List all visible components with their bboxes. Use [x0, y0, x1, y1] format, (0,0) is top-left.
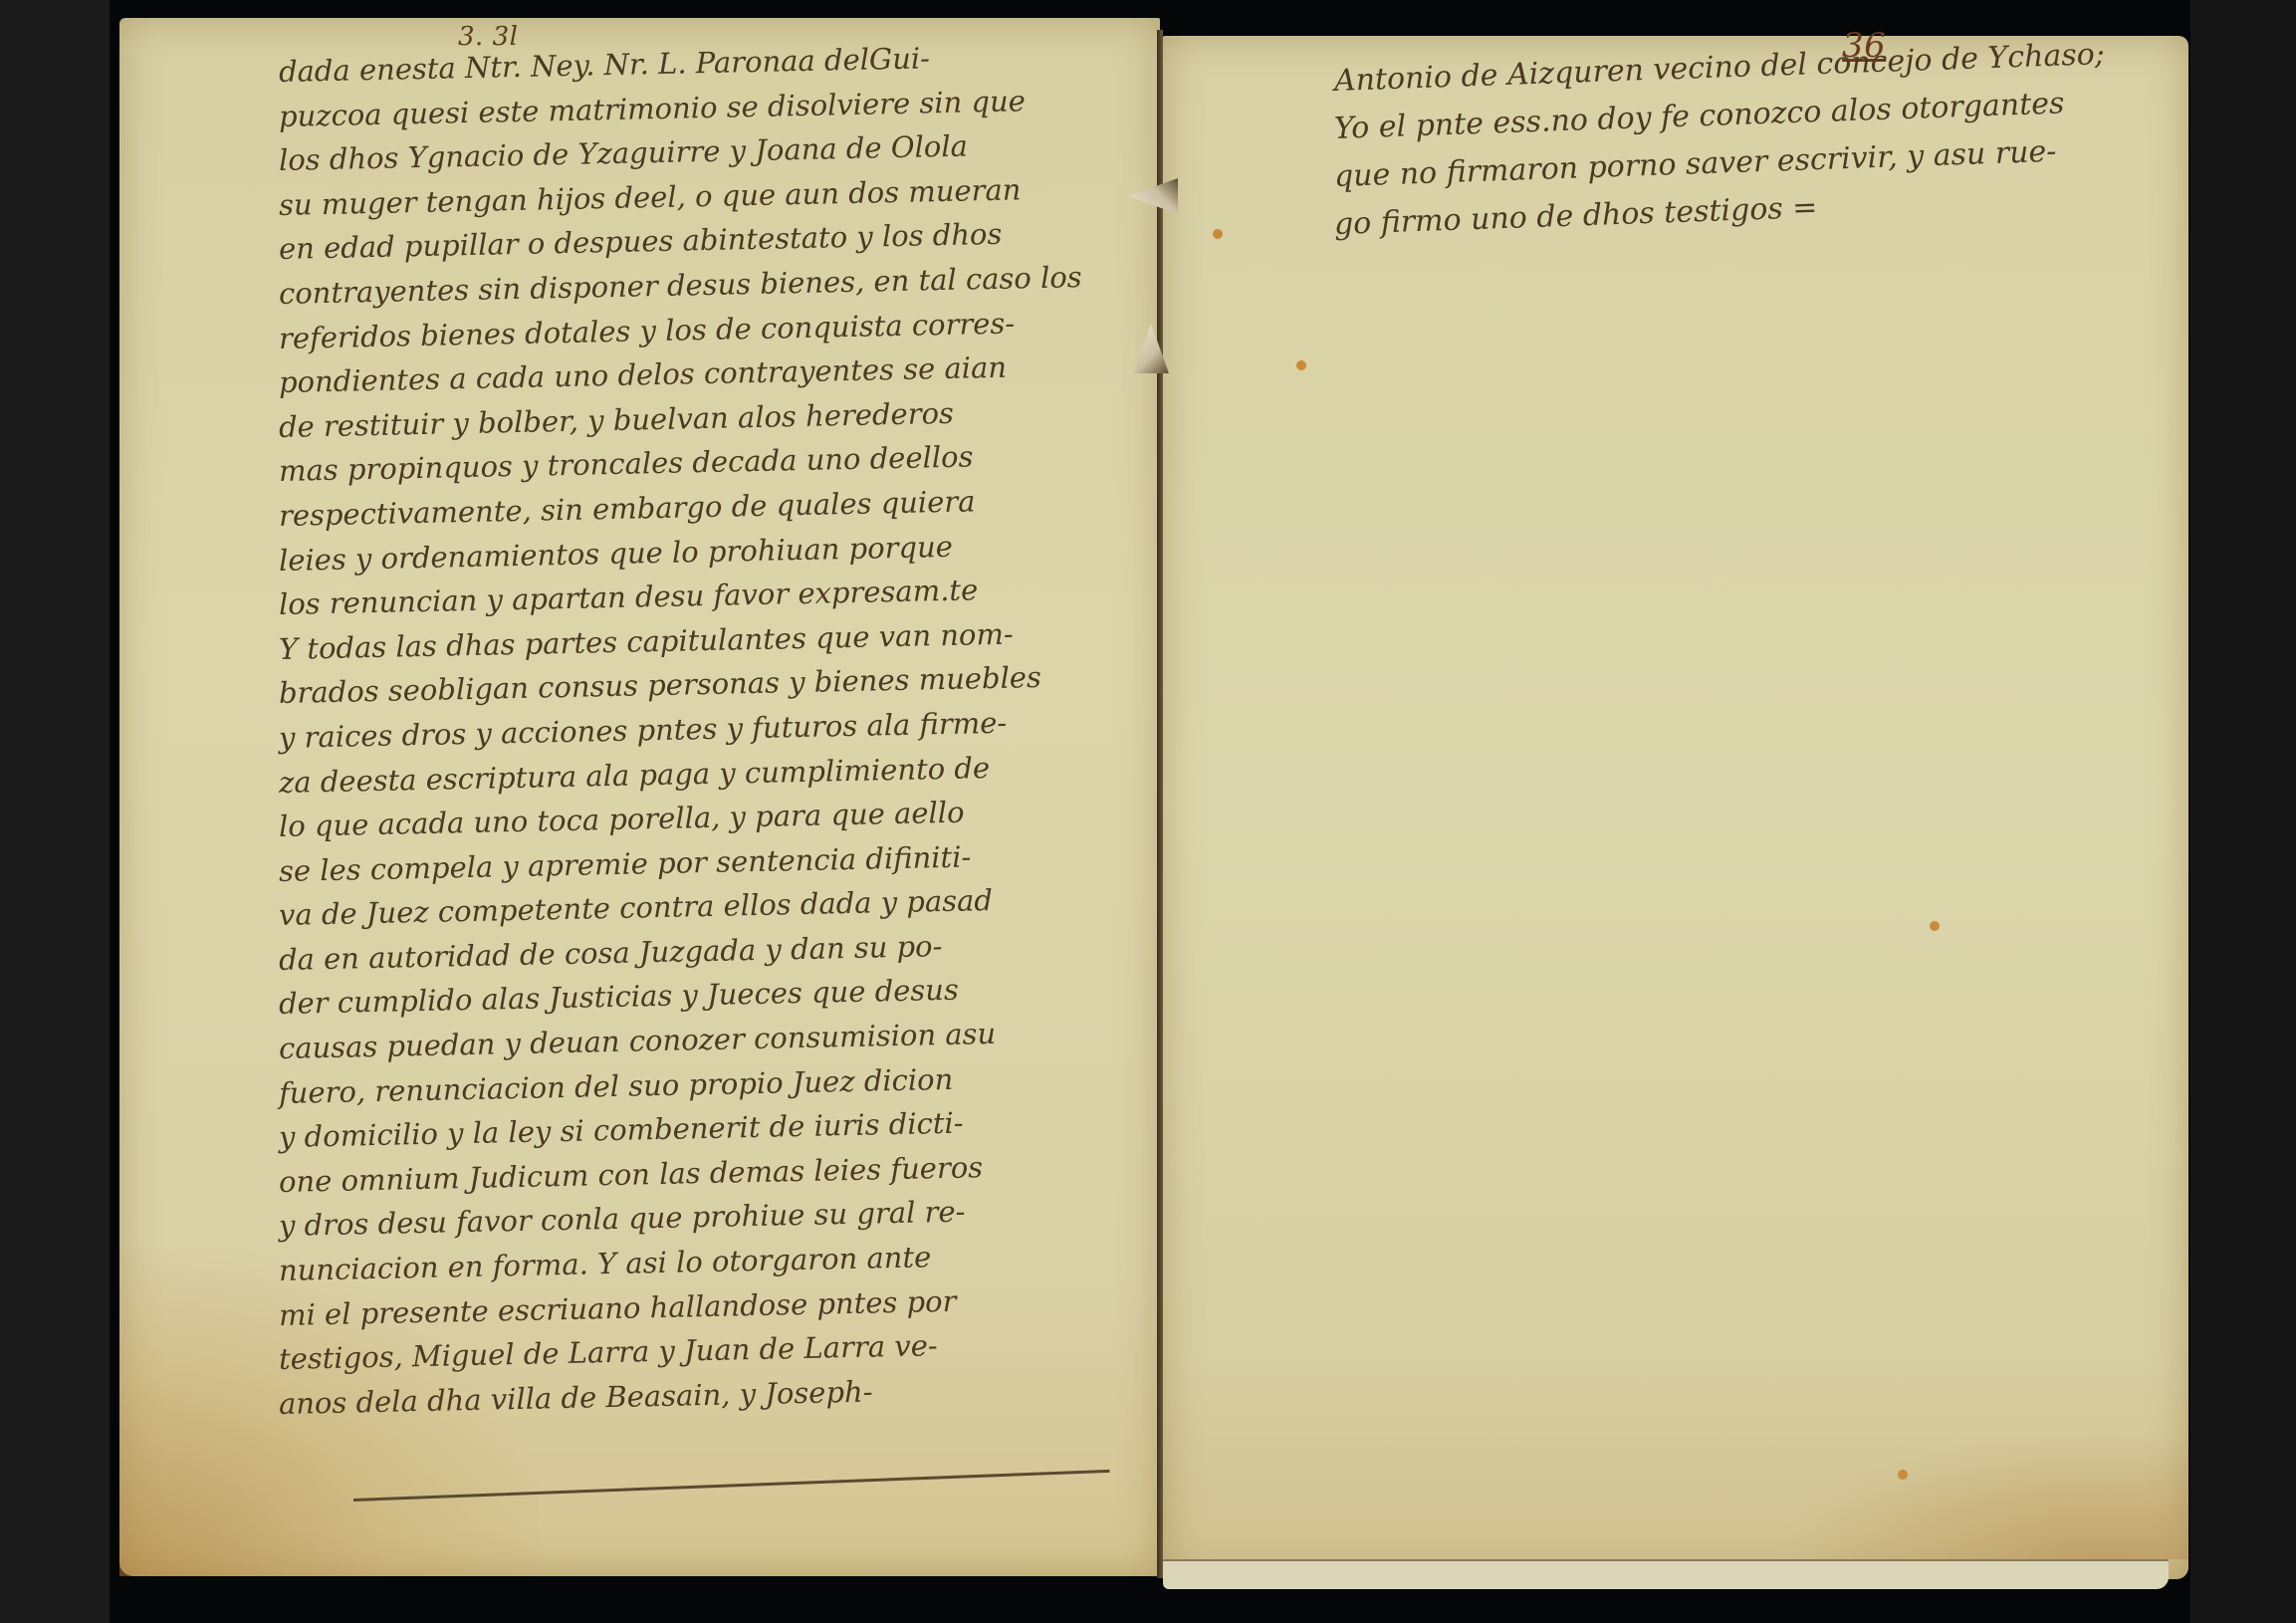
ink-spot — [1296, 360, 1306, 370]
ink-spot — [1213, 229, 1223, 239]
water-stain — [1770, 1430, 2188, 1559]
binding-gutter — [1157, 30, 1163, 1578]
right-page — [1163, 36, 2188, 1579]
left-page-text: dada enesta Ntr. Ney. Nr. L. Paronaa del… — [279, 50, 1145, 1426]
scan-border-right — [2186, 0, 2296, 1623]
underlying-leaf-edge — [1163, 1559, 2169, 1589]
ink-spot — [1898, 1470, 1908, 1480]
scan-border-left — [0, 0, 110, 1623]
right-page-text: Antonio de Aizquren vecino del concejo d… — [1334, 58, 2171, 249]
ink-spot — [1930, 921, 1940, 931]
